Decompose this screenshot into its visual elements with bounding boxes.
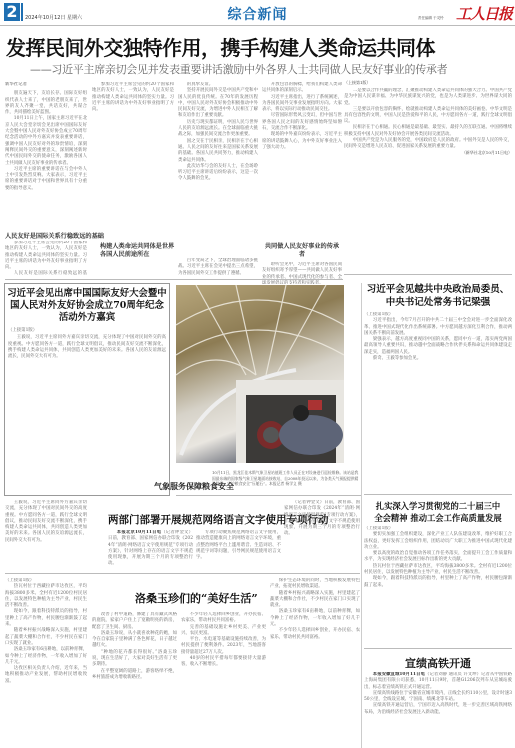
paragraph: 洛桑玉珍说，从小就喜欢种花的她，如今在自家院子里种满了各色鲜花，日子越过越红火。 bbox=[92, 631, 177, 650]
paragraph: 蔡奇、王毅等参加会见。 bbox=[364, 356, 512, 362]
luosang-col-1: （上接第1版） 热瓦村位于西藏拉萨市达孜区，平均海拔3800多米。全村有近120… bbox=[5, 578, 87, 746]
paragraph: 宣绩高铁线路位于安徽省宣城市境内，正线全长约110公里，设计时速350公里，全线… bbox=[364, 691, 512, 704]
paragraph: “种地的花卉都长得很好。”洛桑玉珍说，现在生活好了，大家对美好生活有了更多期待。 bbox=[92, 650, 177, 669]
headline-line: 全会精神 推动工会工作高质量发展 bbox=[364, 512, 512, 524]
union-story-body: （上接第1版） 要切实加强工会组织建设，深化产业工人队伍建设改革，维护好职工合法… bbox=[364, 526, 512, 646]
union-story-headline: 扎实深入学习贯彻党的二十届三中 全会精神 推动工会工作高质量发展 bbox=[364, 500, 512, 524]
lead-byline: 新华社记者 bbox=[5, 82, 87, 88]
divider bbox=[176, 495, 362, 496]
paragraph: 洛桑玉珍家有6亩耕地，以前种青稞，如今种上了经济作物，一年收入增加了好几千元。 bbox=[5, 647, 87, 666]
paragraph: 中国共产党是为人民服务的党，中国政府是人民的政府。中国外交是人民的外交，民间外交… bbox=[344, 138, 512, 150]
luosang-col-4: 保护生态环境的同时，当地积极发展特色产业，拓宽村民增收渠道。 随着乡村振兴战略深… bbox=[270, 578, 360, 746]
luosang-headline: 洛桑玉珍们的“美好生活” bbox=[135, 590, 258, 606]
lead-column-4b: 聆听会见中，习近平主席对各国民间友好组织寄予厚望——共同做人民友好事业的传承者、… bbox=[262, 262, 342, 284]
paragraph: 人民友好是国际关系行稳致远的基础，是促进世界和平与发展的不竭动力。中国始终重视同… bbox=[5, 271, 87, 276]
paragraph: 王毅说，习近平主席同外方嘉宾亲切交流，充分体现了中国对民间外交的高度重视。中方愿… bbox=[5, 500, 87, 544]
lead-subhead-3: 共同做人民友好事业的传承者 bbox=[262, 243, 342, 259]
paragraph: 梁强表示，越方高度重视同中国的关系，愿同中方一道，落实两党两国最高领导人重要共识… bbox=[364, 337, 512, 356]
box-story-continued: 王毅说，习近平主席同外方嘉宾亲切交流，充分体现了中国对民间外交的高度重视。中方愿… bbox=[5, 500, 87, 570]
paragraph: 开放包容的胸襟，给我们构建人类命运共同体的深刻启示。 bbox=[262, 82, 342, 95]
paragraph: 随着乡村振兴战略深入实施，村里建起了蔬菜大棚和合作社，不少村民在家门口实现了就业… bbox=[270, 591, 360, 610]
paragraph: 参加习近平主席会见的约20个国家和地区的友好人士，一致认为，人民友好是推动构建人… bbox=[5, 240, 87, 271]
dateline: 本报北京10月11日电 bbox=[117, 530, 161, 535]
photo-illustration bbox=[176, 285, 344, 463]
column-divider bbox=[361, 283, 362, 748]
paragraph: 平台、水电道等基础设施持续改善，为村民提供了便利条件。2023年，当地游客接待量… bbox=[181, 637, 266, 656]
continuation-credit: （新华社北京10月11日电） bbox=[344, 150, 512, 156]
luosang-col-2: 改善了村中道路，修建了具有藏式风格的庭院，家家户户住上了宽敞明亮的新房，配套了卫… bbox=[92, 612, 177, 746]
divider bbox=[5, 279, 343, 280]
photo-caption-text: 10月11日，黑龙江佳木斯气象卫星站值班工作人员正在对设备进行巡检维修。该站是我… bbox=[212, 470, 362, 487]
lead-subhead-3-block: 共同做人民友好事业的传承者 聆听会见中，习近平主席对各国民间友好组织寄予厚望——… bbox=[262, 240, 342, 284]
box-story-body: （上接第1版） 王毅说，习近平主席同外方嘉宾亲切交流，充分体现了中国对民间外交的… bbox=[5, 328, 169, 360]
headline-line: 扎实深入学习贯彻党的二十届三中 bbox=[364, 500, 512, 512]
paragraph: 随着乡村振兴战略深入实施，村里建起了蔬菜大棚和合作社，不少村民在家门口实现了就业… bbox=[5, 628, 87, 647]
paragraph: 宣绩高铁开通运营后，宁国市迈入高铁时代，进一步完善区域高铁网络布局，为沿线经济社… bbox=[364, 703, 512, 716]
paragraph: 热瓦村位于西藏拉萨市达孜区，平均海拔3800多米。全村有近1200位村民居住，以… bbox=[5, 584, 87, 609]
paragraph: 现场的中外嘉宾纷纷表示，习近平主席的讲话鼓舞人心，为中外友好事业注入了强大动力。 bbox=[262, 132, 342, 151]
xi-meets-liang-body: （上接第1版） 习近平指出，今年7月召开的中共二十届三中全会对进一步全面深化改革… bbox=[364, 312, 512, 432]
paragraph: 在平整宽阔的道路上，游客络绎不绝，乡村旅游成为增收新路径。 bbox=[92, 669, 177, 682]
language-story-col-3: （记者钟金文）日前，教育部、国家网信办联合印发《2024年“清朗·网络语言文字使… bbox=[284, 500, 360, 570]
box-story-source: （上接第1版） bbox=[8, 328, 166, 334]
box-story-title: 习近平会见出席中国国际友好大会暨中国人民对外友好协会成立70周年纪念活动外方嘉宾 bbox=[7, 288, 167, 324]
paragraph: 现如今，跟着科技特派员的指导，村里种上了高产作物，村民腰包渐渐鼓了起来。 bbox=[5, 609, 87, 628]
divider bbox=[364, 494, 512, 495]
paragraph: 习近平主席指出，进行了系统阐述，为各国民间外交事业发展指明方向。大家表示，将以实… bbox=[262, 95, 342, 114]
paragraph: （记者钟金文）日前，教育部、国家网信办联合印发《2024年“清朗·网络语言文字使… bbox=[108, 530, 193, 566]
divider bbox=[5, 573, 360, 574]
paragraph: （记者钟金文）日前，教育部、国家网信办联合印发《2024年“清朗·网络语言文字使… bbox=[284, 500, 360, 538]
xi-meets-guests-box: 习近平会见出席中国国际友好大会暨中国人民对外友好协会成立70周年纪念活动外方嘉宾… bbox=[4, 283, 170, 496]
divider bbox=[364, 648, 512, 649]
paragraph: 保护生态环境的同时，当地积极发展特色产业，拓宽村民增收渠道。 bbox=[270, 578, 360, 591]
paragraph: 10月11日上午，国家主席习近平在北京人民大会堂亲切会见出席中国国际友好大会暨中… bbox=[5, 116, 87, 166]
paragraph: 百年变局之下，全球治理面临诸多挑战。习近平主席在会见中提出三点希望，为各国民间外… bbox=[178, 258, 258, 277]
paragraph: 现如今，跟着科技特派员的指导，村里种上了高产作物，村民腰包渐渐鼓了起来。 bbox=[364, 576, 512, 589]
lead-subhead-2: 构建人类命运共同体是世界各国人民前途所在 bbox=[100, 243, 175, 259]
paragraph: 朋友遍天下，友谊长存。国际友好组织代表人士来了，中国的老朋友来了，世界的友人齐聚… bbox=[5, 91, 87, 116]
lead-headline: 发挥民间外交独特作用，携手构建人类命运共同体 bbox=[6, 32, 381, 61]
paragraph: 热瓦村位于西藏拉萨市达孜区，平均海拔3800多米。全村有近1200位村民居住，以… bbox=[364, 564, 512, 577]
lead-continuation-column: （上接第1版） 二是要以合作共赢的理念，汇聚推动构建人类命运共同体的强大合力。中… bbox=[344, 80, 512, 270]
paragraph: 坚持开展民间外交是中国共产党和中国人民的优良传统。在70年的发展历程中，中国人民… bbox=[178, 88, 258, 119]
language-story-col-2: 专项行动聚焦规范网络语言文字使用，推动营造健康向上的网络语言文字环境，重点整治网… bbox=[196, 530, 281, 570]
gaotie-headline: 宣绩高铁开通 bbox=[364, 655, 512, 671]
headline-line: 习近平会见越共中央政治局委员、 bbox=[364, 283, 512, 296]
paragraph: 完善的基础设施让乡村更美、产业更兴、农民更富。 bbox=[181, 625, 266, 638]
weather-station-photo bbox=[176, 285, 344, 463]
lead-column-3b: 百年变局之下，全球治理面临诸多挑战。习近平主席在会见中提出三点希望，为各国民间外… bbox=[178, 258, 258, 280]
lead-subhead-2-block: 构建人类命运共同体是世界各国人民前途所在 bbox=[100, 240, 175, 262]
paragraph: 历史与现实都证明，中国人民与世界人民的友谊源远流长。在全球面临重大挑战之际，加强… bbox=[178, 120, 258, 139]
lead-column-1b: 参加习近平主席会见的约20个国家和地区的友好人士，一致认为，人民友好是推动构建人… bbox=[5, 240, 87, 276]
paragraph: 民相亲在于心相通。民心相通是最基础、最坚实、最持久的互联互通。中国将继续积极支持… bbox=[344, 125, 512, 137]
luosang-col-3: 不少年轻人选择回乡创业，开办民宿、农家乐，带动村民共同富裕。 完善的基础设施让乡… bbox=[181, 612, 266, 746]
headline-line: 中央书记处常务书记梁强 bbox=[364, 296, 512, 309]
divider bbox=[344, 274, 512, 275]
paragraph: 三是要以开放包容的胸怀，绘就推动构建人类命运共同体的美好画卷。中华文明是具有包容… bbox=[344, 107, 512, 126]
paragraph: 此次访华与会的友好人士，在会场聆听习近平主席讲话后纷纷表示，这是一次令人鼓舞的会… bbox=[178, 164, 258, 183]
paragraph: 不少年轻人选择回乡创业，开办民宿、农家乐，带动村民共同富裕。 bbox=[181, 612, 266, 625]
lead-column-4: 开放包容的胸襟，给我们构建人类命运共同体的深刻启示。 习近平主席指出，进行了系统… bbox=[262, 82, 342, 242]
paragraph: 尽管国际形势风云变幻，但中国与世界各国人民之间的友好感情始终坚如磐石，交流合作不… bbox=[262, 113, 342, 132]
language-story-col-1: 本报北京10月11日电（记者钟金文）日前，教育部、国家网信办联合印发《2024年… bbox=[108, 530, 193, 570]
editor-credit: 责任编辑 于灵铃 bbox=[418, 16, 444, 21]
paragraph: 40岁的村民平措每年都要接待大量游客，收入不断增长。 bbox=[181, 656, 266, 669]
paragraph: 习近平指出，今年7月召开的中共二十届三中全会对进一步全面深化改革、推进中国式现代… bbox=[364, 318, 512, 337]
paragraph: 洛桑玉珍家有6亩耕地，以前种青稞，如今种上了经济作物，一年收入增加了好几千元。 bbox=[270, 609, 360, 628]
paragraph: 达孜区相关负责人介绍，近年来，当地积极推动产业发展，帮助村民增收致富。 bbox=[5, 666, 87, 685]
paragraph: 王毅说，习近平主席同外方嘉宾亲切交流，充分体现了中国对民间外交的高度重视。中方愿… bbox=[8, 335, 166, 360]
paragraph: 二是要以合作共赢的理念，汇聚推动构建人类命运共同体的强大合力。中国共产党是为中国… bbox=[344, 88, 512, 107]
continuation-body: 二是要以合作共赢的理念，汇聚推动构建人类命运共同体的强大合力。中国共产党是为中国… bbox=[344, 88, 512, 150]
paragraph: 参加习近平主席会见的约20个国家和地区的友好人士，一致认为，人民友好是推动构建人… bbox=[92, 82, 174, 113]
lead-column-1: 新华社记者 朋友遍天下，友谊长存。国际友好组织代表人士来了，中国的老朋友来了，世… bbox=[5, 82, 87, 237]
section-title: 综合新闻 bbox=[0, 4, 515, 24]
paragraph: 要切实加强工会组织建设，深化产业工人队伍建设改革，维护好职工合法权益，更好发挥工… bbox=[364, 532, 512, 551]
dateline: 本报安徽宣城10月11日电 bbox=[373, 672, 425, 677]
paragraph: 聆听会见中，习近平主席对各国民间友好组织寄予厚望——共同做人民友好事业的传承者、… bbox=[262, 262, 342, 284]
gaotie-body: 本报安徽宣城10月11日电（记者刘静 通讯员 许文坤）记者从中国铁路上海局集团有… bbox=[364, 672, 512, 746]
lead-subheadline: ——习近平主席亲切会见并发表重要讲话激励中外各界人士共同做人民友好事业的传承者 bbox=[30, 61, 380, 77]
paragraph: 习近平主席的重要讲话在与会中外人士中引发热烈反响。大家表示，习近平主席的重要讲话… bbox=[5, 167, 87, 192]
page-masthead: 2 2024年10月12日 星期六 综合新闻 责任编辑 于灵铃 工人日报 bbox=[0, 0, 515, 26]
lead-column-3: 的真挚友谊。 坚持开展民间外交是中国共产党和中国人民的优良传统。在70年的发展历… bbox=[178, 82, 258, 230]
paragraph: 要以高度的政治自觉推动各项工作任务落实，全面提升工会工作质量和水平，为实现经济社… bbox=[364, 551, 512, 564]
paragraph: 不少年轻人选择回乡创业，开办民宿、农家乐，带动村民共同富裕。 bbox=[270, 628, 360, 641]
paragraph: 改善了村中道路，修建了具有藏式风格的庭院，家家户户住上了宽敞明亮的新房，配套了卫… bbox=[92, 612, 177, 631]
continued-from: （上接第1版） bbox=[344, 80, 512, 86]
paragraph: 专项行动聚焦规范网络语言文字使用，推动营造健康向上的网络语言文字环境，重点整治网… bbox=[196, 530, 281, 561]
xi-meets-liang-headline: 习近平会见越共中央政治局委员、 中央书记处常务书记梁强 bbox=[364, 283, 512, 309]
paragraph: 国之交在于民相亲，民相亲在于心相通。人民之间的友好往来是国家关系发展的基础。各国… bbox=[178, 139, 258, 164]
newspaper-logo: 工人日报 bbox=[456, 3, 512, 24]
